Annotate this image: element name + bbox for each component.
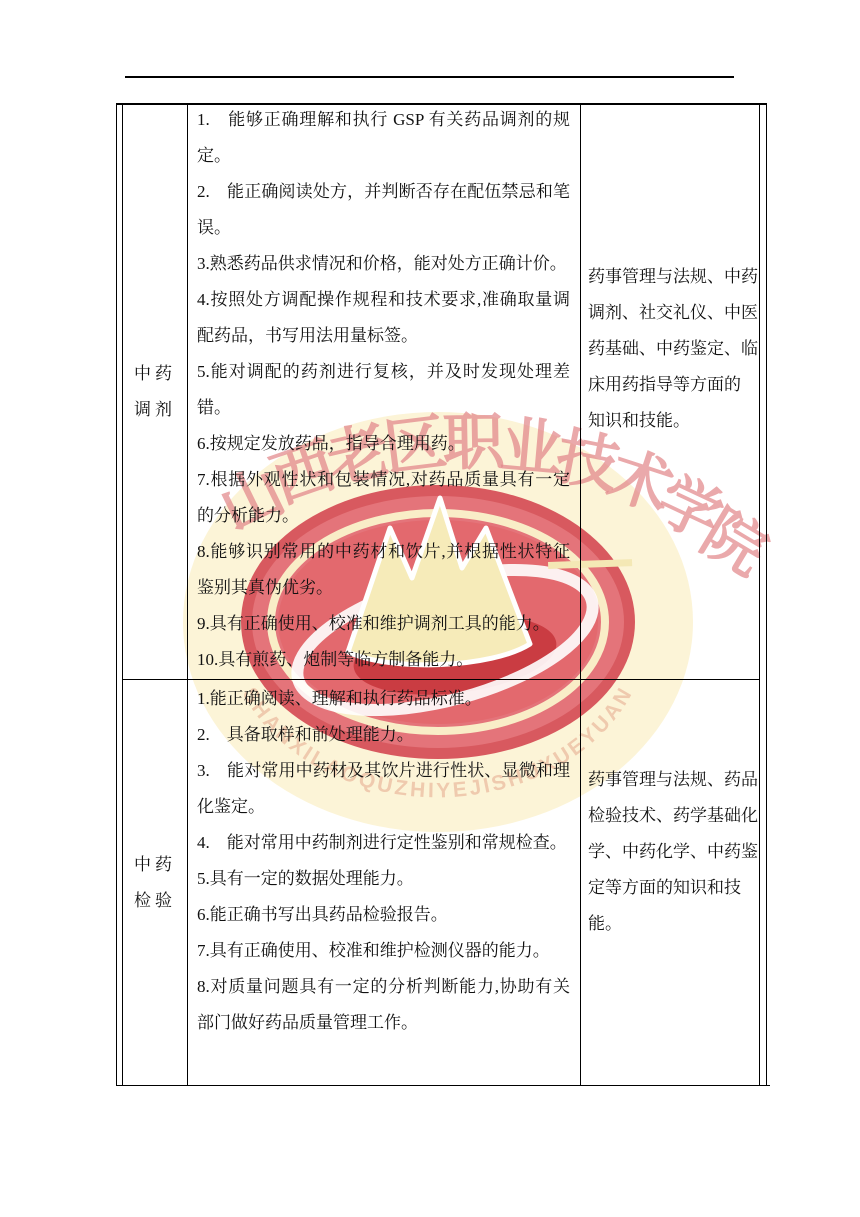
header-rule	[125, 76, 734, 78]
skill-item: 3.熟悉药品供求情况和价格，能对处方正确计价。	[197, 246, 570, 282]
skill-item: 8.对质量问题具有一定的分析判断能力,协助有关部门做好药品质量管理工作。	[197, 969, 570, 1041]
skill-item: 4. 能对常用中药制剂进行定性鉴别和常规检查。	[197, 825, 570, 861]
table-right-outer-border	[766, 103, 767, 1086]
category-cell-tcm-inspection: 中药 检验	[124, 680, 186, 1085]
table-col2-separator	[580, 103, 581, 1086]
table-left-inner-border	[122, 103, 123, 1086]
skill-item: 4.按照处方调配操作规程和技术要求,准确取量调配药品，书写用法用量标签。	[197, 282, 570, 354]
skill-item: 10.具有煎药、炮制等临方制备能力。	[197, 642, 570, 678]
skill-item: 7.具有正确使用、校准和维护检测仪器的能力。	[197, 933, 570, 969]
table-row-separator	[122, 679, 760, 680]
table-bottom-border	[116, 1085, 770, 1086]
skills-cell-tcm-dispensing: 1. 能够正确理解和执行 GSP 有关药品调剂的规定。 2. 能正确阅读处方，并…	[197, 102, 570, 678]
knowledge-cell-tcm-inspection: 药事管理与法规、药品 检验技术、药学基础化 学、中药化学、中药鉴 定等方面的知识…	[588, 762, 764, 942]
skill-item: 9.具有正确使用、校准和维护调剂工具的能力。	[197, 606, 570, 642]
skill-item: 5.能对调配的药剂进行复核，并及时发现处理差错。	[197, 354, 570, 426]
category-cell-tcm-dispensing: 中药 调剂	[124, 104, 186, 679]
skill-item: 2. 具备取样和前处理能力。	[197, 717, 570, 753]
table-left-outer-border	[116, 103, 117, 1086]
skill-item: 2. 能正确阅读处方，并判断否存在配伍禁忌和笔误。	[197, 174, 570, 246]
skill-item: 8.能够识别常用的中药材和饮片,并根据性状特征鉴别其真伪优劣。	[197, 534, 570, 606]
table-col1-separator	[187, 103, 188, 1086]
document-page: 山 西 老 区 职 业 技 术 学 院 SHANXILAOQUZHIYEJISH…	[0, 0, 860, 1217]
skill-item: 7.根据外观性状和包装情况,对药品质量具有一定的分析能力。	[197, 462, 570, 534]
skill-item: 1. 能够正确理解和执行 GSP 有关药品调剂的规定。	[197, 102, 570, 174]
skills-cell-tcm-inspection: 1.能正确阅读、理解和执行药品标准。 2. 具备取样和前处理能力。 3. 能对常…	[197, 681, 570, 1041]
skill-item: 1.能正确阅读、理解和执行药品标准。	[197, 681, 570, 717]
skill-item: 6.能正确书写出具药品检验报告。	[197, 897, 570, 933]
skill-item: 5.具有一定的数据处理能力。	[197, 861, 570, 897]
skill-item: 6.按规定发放药品，指导合理用药。	[197, 426, 570, 462]
skill-item: 3. 能对常用中药材及其饮片进行性状、显微和理化鉴定。	[197, 753, 570, 825]
knowledge-cell-tcm-dispensing: 药事管理与法规、中药 调剂、社交礼仪、中医 药基础、中药鉴定、临 床用药指导等方…	[588, 259, 764, 439]
